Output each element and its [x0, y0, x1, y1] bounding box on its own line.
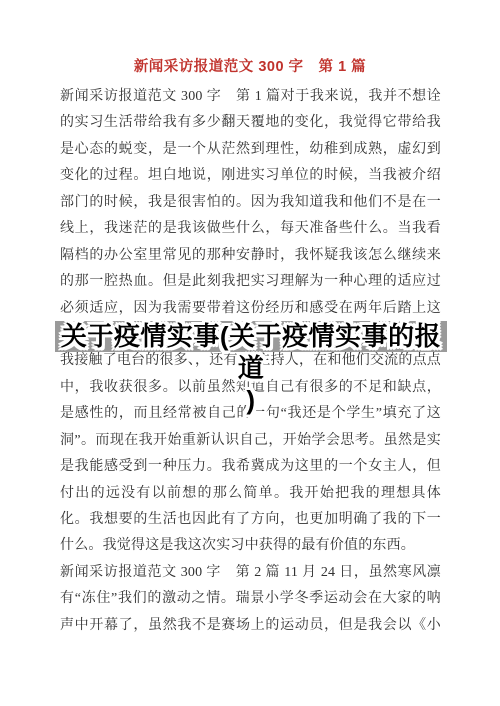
body-line: 洞”。而现在我开始重新认识自己，开始学会思考。虽然是实习，但 — [60, 428, 441, 454]
body-line: 付出的远没有以前想的那么简单。我开始把我的理想具体化，现实 — [60, 481, 441, 507]
overlay-headline: 关于疫情实事(关于疫情实事的报道) — [55, 320, 447, 416]
body-line: 线上，我迷茫的是我该做些什么，每天准备些什么。当我看到带有 — [60, 216, 441, 242]
body-line: 变化的过程。坦白地说，刚进实习单位的时候，当我被介绍给各个 — [60, 163, 441, 189]
body-line: 是心态的蜕变，是一个从茫然到理性，幼稚到成熟，虚幻到现实的 — [60, 137, 441, 163]
body-line: 新闻采访报道范文 300 字 第 1 篇对于我来说，我并不想诠释一个月 — [60, 84, 441, 110]
body-line: 部门的时候，我是很害怕的。因为我知道我和他们不是在一条起跑 — [60, 190, 441, 216]
body-line: 化。我想要的生活也因此有了方向，也更加明确了我的下一步该做 — [60, 507, 441, 533]
overlay-headline-line1: 关于疫情实事(关于疫情实事的报道 — [61, 321, 441, 383]
body-line: 新闻采访报道范文 300 字 第 2 篇 11 月 24 日，虽然寒风凛冽，却没 — [60, 560, 441, 586]
body-line: 什么。我觉得这是我这次实习中获得的最有价值的东西。 — [60, 533, 441, 559]
overlay-headline-line2: ) — [246, 385, 255, 415]
body-line: 的那一腔热血。但是此刻我把实习理解为一种心理的适应过程。我 — [60, 269, 441, 295]
body-line: 隔档的办公室里常见的那种安静时，我怀疑我该怎么继续来这之前 — [60, 243, 441, 269]
body-line: 的实习生活带给我有多少翻天覆地的变化，我觉得它带给我的收获 — [60, 110, 441, 136]
body-line: 是我能感受到一种压力。我希冀成为这里的一个女主人，但是我要 — [60, 454, 441, 480]
document-page: 新闻采访报道范文 300 字 第 1 篇 新闻采访报道范文 300 字 第 1 … — [0, 0, 500, 706]
body-line: 声中开幕了，虽然我不是赛场上的运动员，但是我会以《小小梦想 — [60, 613, 441, 639]
document-title: 新闻采访报道范文 300 字 第 1 篇 — [0, 58, 500, 76]
body-line: 必须适应，因为我需要带着这份经历和感受在两年后踏上这个舞 — [60, 296, 441, 322]
body-line: 有“冻住”我们的激动之情。瑞景小学冬季运动会在大家的呐喊助威 — [60, 586, 441, 612]
